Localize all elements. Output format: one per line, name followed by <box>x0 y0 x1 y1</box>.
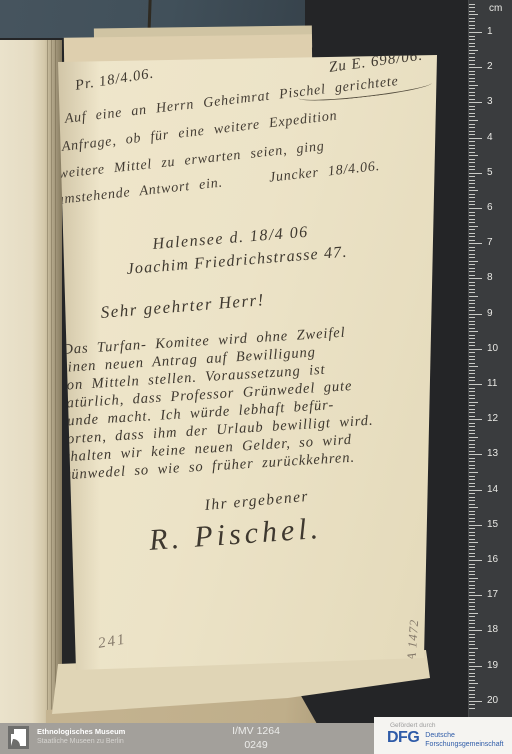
ruler-tick <box>469 578 478 579</box>
ruler-tick <box>469 28 475 29</box>
ruler-tick <box>469 99 475 100</box>
ruler-tick <box>469 11 475 12</box>
ruler-tick <box>469 405 475 406</box>
ruler-tick <box>469 518 475 519</box>
ruler-tick <box>469 92 475 93</box>
ruler-tick <box>469 560 482 561</box>
ruler-number: 19 <box>487 660 511 671</box>
ruler-tick <box>469 7 475 8</box>
ruler-tick <box>469 500 475 501</box>
ruler-number: 6 <box>487 202 511 213</box>
ruler-number: 8 <box>487 272 511 283</box>
ruler-tick <box>469 588 475 589</box>
ruler-tick <box>469 476 475 477</box>
ruler-tick <box>469 219 475 220</box>
ruler-tick <box>469 39 475 40</box>
ruler-tick <box>469 208 482 209</box>
ruler-tick <box>469 454 482 455</box>
ruler-tick <box>469 504 475 505</box>
ruler-tick <box>469 637 475 638</box>
ruler-tick <box>469 395 475 396</box>
ruler-tick <box>469 64 475 65</box>
ruler-tick <box>469 250 475 251</box>
ruler-tick <box>469 662 475 663</box>
ruler-tick <box>469 384 482 385</box>
ruler-tick <box>469 564 475 565</box>
ruler-number: 20 <box>487 695 511 706</box>
ruler-tick <box>469 131 475 132</box>
ruler-tick <box>469 507 478 508</box>
ruler-tick <box>469 440 475 441</box>
ruler-tick <box>469 95 475 96</box>
ruler-tick <box>469 359 475 360</box>
ruler-tick <box>469 690 475 691</box>
ruler-tick <box>469 335 475 336</box>
ruler-tick <box>469 373 475 374</box>
ruler-tick <box>469 549 475 550</box>
document-identifiers: I/MV 1264 0249 <box>176 724 336 752</box>
ruler-tick <box>469 180 475 181</box>
ruler-tick <box>469 124 475 125</box>
ruler-tick <box>469 152 475 153</box>
ruler-tick <box>469 145 475 146</box>
ruler-tick <box>469 169 475 170</box>
ruler-tick <box>469 116 475 117</box>
ruler-tick <box>469 483 475 484</box>
dfg-funding-box: Gefördert durch DFG Deutsche Forschungsg… <box>374 717 512 754</box>
ruler-tick <box>469 423 475 424</box>
ruler-tick <box>469 409 475 410</box>
ruler-tick <box>469 377 475 378</box>
ruler-tick <box>469 683 478 684</box>
ruler-number: 17 <box>487 589 511 600</box>
ruler-tick <box>469 567 475 568</box>
ruler-tick <box>469 669 475 670</box>
ruler-number: 18 <box>487 624 511 635</box>
ruler-number: 12 <box>487 413 511 424</box>
ruler-number: 11 <box>487 378 511 389</box>
ruler-tick <box>469 197 475 198</box>
ruler-tick <box>469 25 475 26</box>
ruler-tick <box>469 458 475 459</box>
ruler-tick <box>469 222 475 223</box>
ruler-number: 9 <box>487 308 511 319</box>
ruler-tick <box>469 233 475 234</box>
ruler-tick <box>469 412 475 413</box>
dfg-org-line2: Forschungsgemeinschaft <box>425 740 503 749</box>
ruler-tick <box>469 109 475 110</box>
ruler-tick <box>469 641 475 642</box>
ruler-tick <box>469 468 475 469</box>
ruler-tick <box>469 708 475 709</box>
ruler-tick <box>469 655 475 656</box>
ruler-tick <box>469 14 478 15</box>
ruler-tick <box>469 616 475 617</box>
ruler-tick <box>469 321 475 322</box>
pencil-archive-shelfmark: TA 1472 <box>404 591 424 668</box>
ruler-tick <box>469 102 482 103</box>
ruler-tick <box>469 574 475 575</box>
ruler-tick <box>469 623 475 624</box>
ruler-tick <box>469 285 475 286</box>
ruler-tick <box>469 212 475 213</box>
ruler-tick <box>469 490 482 491</box>
ruler-number: 15 <box>487 519 511 530</box>
museum-logo-icon <box>11 729 26 746</box>
ruler-number: 5 <box>487 167 511 178</box>
ruler-tick <box>469 88 475 89</box>
ruler-tick <box>469 697 475 698</box>
ruler-tick <box>469 630 482 631</box>
ruler-tick <box>469 366 478 367</box>
ruler-tick <box>469 461 475 462</box>
ruler-number: 16 <box>487 554 511 565</box>
ruler-tick <box>469 155 478 156</box>
ruler-tick <box>469 497 475 498</box>
ruler-tick <box>469 546 475 547</box>
ruler-tick <box>469 528 475 529</box>
ruler-tick <box>469 521 475 522</box>
ruler-tick <box>469 162 475 163</box>
scan-page-number: 0249 <box>176 738 336 752</box>
ruler-tick <box>469 514 475 515</box>
ruler-tick <box>469 391 475 392</box>
ruler-tick <box>469 71 475 72</box>
ruler-tick <box>469 60 475 61</box>
ruler-unit-label: cm <box>489 3 502 14</box>
ruler-tick <box>469 226 478 227</box>
ruler-tick <box>469 447 475 448</box>
ruler-tick <box>469 363 475 364</box>
ruler-tick <box>469 236 475 237</box>
ruler-tick <box>469 595 482 596</box>
ruler-tick <box>469 243 482 244</box>
ruler-tick <box>469 120 478 121</box>
ruler-tick <box>469 416 475 417</box>
ruler-tick <box>469 194 475 195</box>
ruler-tick <box>469 342 475 343</box>
ruler-tick <box>469 694 475 695</box>
ruler-tick <box>469 134 475 135</box>
ruler-tick <box>469 370 475 371</box>
ruler-tick <box>469 680 475 681</box>
ruler-tick <box>469 581 475 582</box>
ruler-tick <box>469 81 475 82</box>
ruler-tick <box>469 479 475 480</box>
ruler-tick <box>469 173 482 174</box>
ruler-tick <box>469 652 475 653</box>
ruler-tick <box>469 426 475 427</box>
ruler-number: 4 <box>487 132 511 143</box>
ruler-tick <box>469 187 475 188</box>
ruler-tick <box>469 328 475 329</box>
ruler-tick <box>469 190 478 191</box>
archival-scan-viewport: Pr. 18/4.06. Zu E. 698/06. Auf eine an H… <box>0 0 512 754</box>
ruler-tick <box>469 433 475 434</box>
ruler-number: 13 <box>487 448 511 459</box>
ruler-tick <box>469 46 475 47</box>
ruler-tick <box>469 307 475 308</box>
ruler-tick <box>469 606 475 607</box>
ruler-tick <box>469 592 475 593</box>
dfg-org-line1: Deutsche <box>425 731 503 740</box>
ruler-tick <box>469 380 475 381</box>
ruler-tick <box>469 289 475 290</box>
ruler-tick <box>469 215 475 216</box>
ruler-tick <box>469 317 475 318</box>
ruler-number: 2 <box>487 61 511 72</box>
ruler-tick <box>469 673 475 674</box>
ruler-tick <box>469 183 475 184</box>
ruler-tick <box>469 511 475 512</box>
ruler-tick <box>469 268 475 269</box>
ruler-tick <box>469 472 478 473</box>
letter-salutation: Sehr geehrter Herr! <box>100 290 266 323</box>
pencil-page-number: 241 <box>97 632 128 653</box>
ruler-tick <box>469 444 475 445</box>
ruler-tick <box>469 634 475 635</box>
ruler-tick <box>469 553 475 554</box>
ruler-tick <box>469 292 475 293</box>
ruler-tick <box>469 278 482 279</box>
ruler-tick <box>469 331 478 332</box>
ruler-tick <box>469 254 475 255</box>
ruler-tick <box>469 67 482 68</box>
ruler-tick <box>469 310 475 311</box>
museum-name: Ethnologisches Museum <box>37 727 125 737</box>
ruler-tick <box>469 78 475 79</box>
ruler-tick <box>469 113 475 114</box>
file-reference-note: Zu E. 698/06. <box>328 48 424 77</box>
ruler-tick <box>469 247 475 248</box>
left-page-stack <box>0 40 62 723</box>
ruler-tick <box>469 57 475 58</box>
funding-prefix-label: Gefördert durch <box>390 722 436 729</box>
ruler-tick <box>469 539 475 540</box>
ruler-tick <box>469 402 478 403</box>
ruler-tick <box>469 620 475 621</box>
dfg-logo-row: DFG Deutsche Forschungsgemeinschaft <box>387 730 504 749</box>
ruler-tick <box>469 204 475 205</box>
museum-organization: Staatliche Museen zu Berlin <box>37 737 125 746</box>
letter-signature: R. Pischel. <box>148 512 323 558</box>
ruler-tick <box>469 486 475 487</box>
ruler-tick <box>469 666 482 667</box>
ruler-tick <box>469 257 475 258</box>
dfg-organization-name: Deutsche Forschungsgemeinschaft <box>425 731 503 749</box>
ruler-tick <box>469 648 478 649</box>
ruler-tick <box>469 644 475 645</box>
ruler-tick <box>469 599 475 600</box>
ruler-tick <box>469 398 475 399</box>
ruler-tick <box>469 687 475 688</box>
ruler-tick <box>469 18 475 19</box>
ruler-tick <box>469 148 475 149</box>
ruler-tick <box>469 430 475 431</box>
ruler-tick <box>469 166 475 167</box>
ruler: cm 1234567891011121314151617181920 <box>468 0 512 717</box>
ruler-tick <box>469 465 475 466</box>
ruler-tick <box>469 300 475 301</box>
ruler-tick <box>469 74 475 75</box>
ruler-tick <box>469 4 475 5</box>
ruler-tick <box>469 138 482 139</box>
ruler-tick <box>469 613 478 614</box>
ruler-tick <box>469 296 478 297</box>
ruler-tick <box>469 314 482 315</box>
letter-handwriting-layer: Pr. 18/4.06. Zu E. 698/06. Auf eine an H… <box>0 0 512 754</box>
ruler-number: 14 <box>487 484 511 495</box>
ruler-tick <box>469 282 475 283</box>
ruler-tick <box>469 303 475 304</box>
ruler-tick <box>469 602 475 603</box>
ruler-tick <box>469 271 475 272</box>
ruler-tick <box>469 53 475 54</box>
ruler-tick <box>469 229 475 230</box>
ruler-tick <box>469 106 475 107</box>
ruler-tick <box>469 356 475 357</box>
ruler-tick <box>469 349 482 350</box>
ruler-number: 7 <box>487 237 511 248</box>
ruler-tick <box>469 264 475 265</box>
ruler-tick <box>469 676 475 677</box>
ruler-tick <box>469 701 482 702</box>
dfg-logo: DFG <box>387 730 419 746</box>
ruler-tick <box>469 176 475 177</box>
ruler-tick <box>469 704 475 705</box>
footer-bar: Ethnologisches Museum Staatliche Museen … <box>0 723 512 754</box>
ruler-tick <box>469 36 475 37</box>
inventory-number: I/MV 1264 <box>176 724 336 738</box>
ruler-tick <box>469 659 475 660</box>
ruler-tick <box>469 201 475 202</box>
ruler-tick <box>469 571 475 572</box>
ruler-tick <box>469 542 478 543</box>
ruler-tick <box>469 388 475 389</box>
ruler-tick <box>469 85 478 86</box>
ruler-tick <box>469 338 475 339</box>
ruler-tick <box>469 50 478 51</box>
ruler-number: 1 <box>487 26 511 37</box>
ruler-tick <box>469 532 475 533</box>
ruler-number: 10 <box>487 343 511 354</box>
ruler-tick <box>469 493 475 494</box>
ruler-tick <box>469 419 482 420</box>
museum-logo <box>8 726 29 749</box>
ruler-tick <box>469 352 475 353</box>
ruler-tick <box>469 21 475 22</box>
ruler-tick <box>469 43 475 44</box>
ruler-tick <box>469 240 475 241</box>
ruler-tick <box>469 609 475 610</box>
museum-identity: Ethnologisches Museum Staatliche Museen … <box>37 727 125 747</box>
ruler-tick <box>469 261 478 262</box>
ruler-tick <box>469 585 475 586</box>
ruler-tick <box>469 141 475 142</box>
ruler-tick <box>469 275 475 276</box>
ruler-tick <box>469 535 475 536</box>
ruler-tick <box>469 159 475 160</box>
ruler-tick <box>469 324 475 325</box>
ruler-number: 3 <box>487 96 511 107</box>
ruler-tick <box>469 627 475 628</box>
ruler-tick <box>469 345 475 346</box>
ruler-tick <box>469 451 475 452</box>
ruler-tick <box>469 127 475 128</box>
ruler-tick <box>469 437 478 438</box>
received-date-note: Pr. 18/4.06. <box>74 66 155 95</box>
ruler-tick <box>469 525 482 526</box>
ruler-tick <box>469 32 482 33</box>
ruler-tick <box>469 556 475 557</box>
letter-closing: Ihr ergebener <box>204 488 310 515</box>
